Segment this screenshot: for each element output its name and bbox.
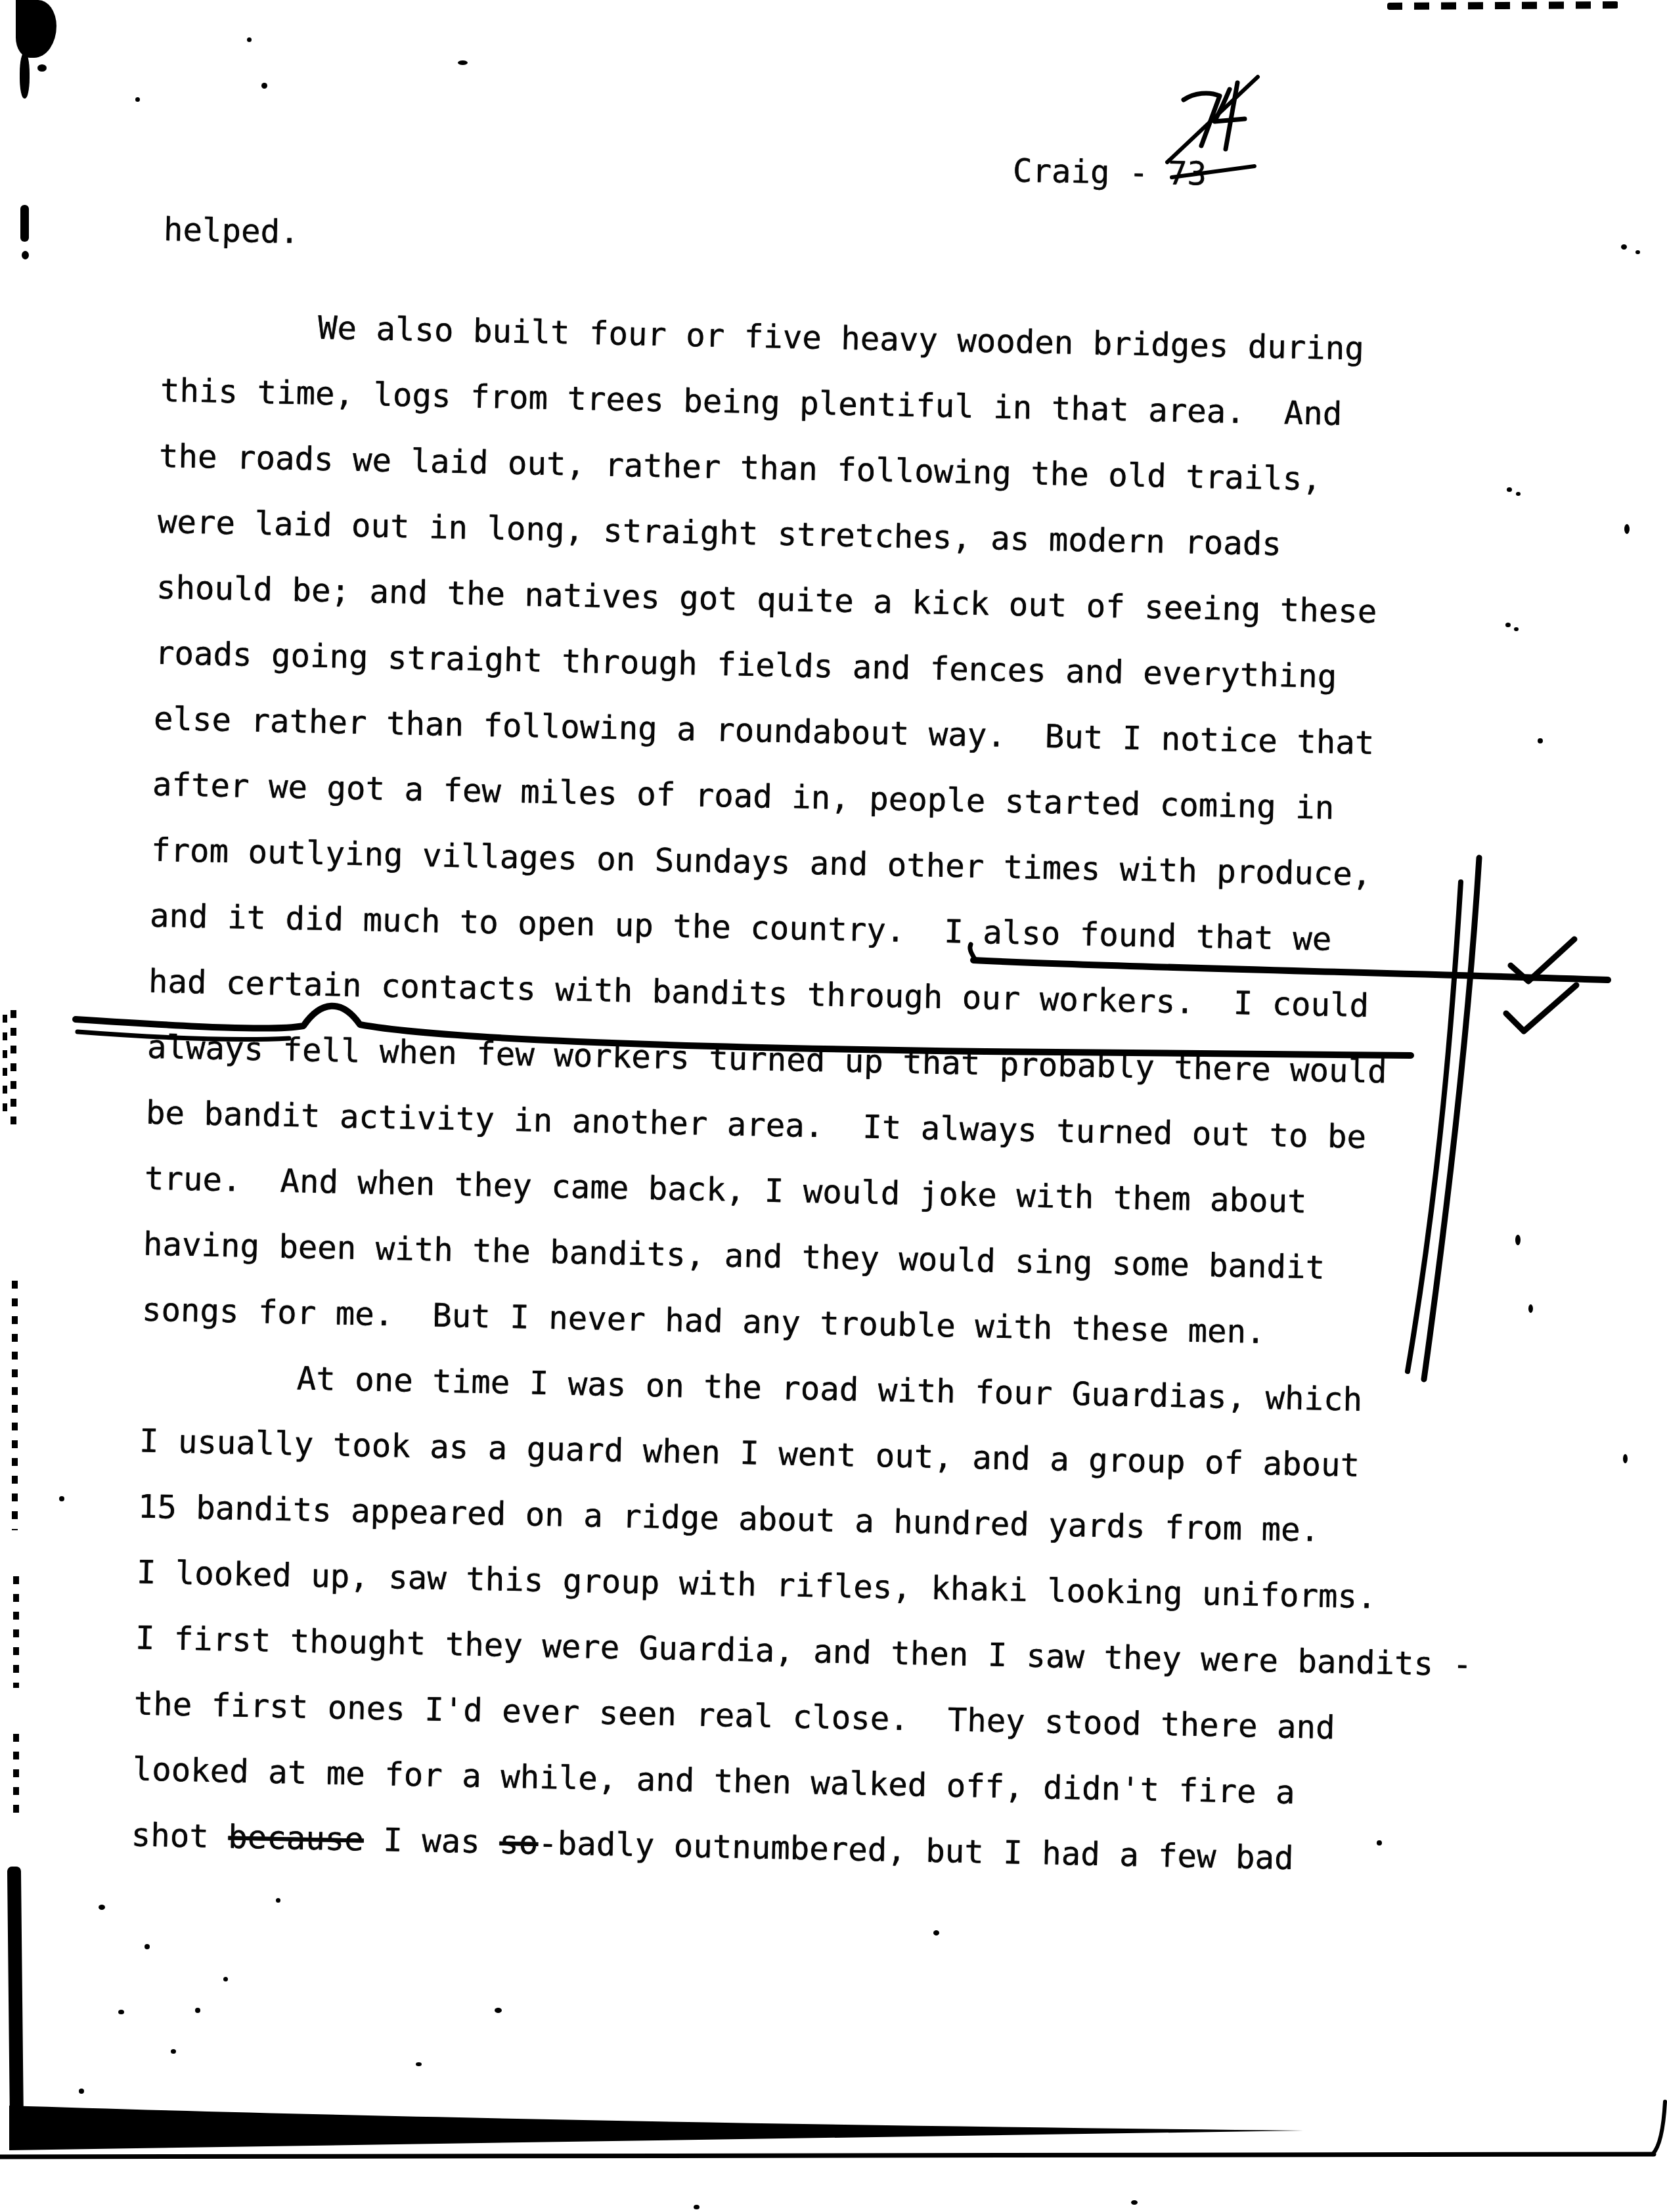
left-scan-bar — [7, 1867, 24, 2129]
toner-speck — [1515, 1235, 1521, 1245]
typed-line: helped. — [163, 197, 1576, 291]
toner-speck — [1624, 524, 1630, 534]
toner-speck — [933, 1930, 939, 1935]
toner-speck — [1635, 250, 1640, 254]
toner-speck — [416, 2062, 422, 2066]
left-edge-noise — [13, 1734, 19, 1816]
bottom-scan-line-upturn — [1653, 2102, 1665, 2154]
toner-speck — [144, 1944, 150, 1949]
handwritten-page-number — [1167, 77, 1258, 162]
scan-blob-top-left — [16, 0, 56, 58]
toner-speck — [1514, 627, 1519, 631]
left-edge-noise — [3, 1015, 7, 1113]
toner-speck — [1621, 244, 1627, 250]
toner-speck — [1507, 487, 1512, 492]
bottom-scan-shadow-wedge — [9, 2106, 1304, 2150]
toner-speck — [135, 97, 140, 102]
top-right-dashed-scan-line — [1387, 1, 1618, 10]
header-author-label: Craig - — [1013, 152, 1168, 192]
toner-speck — [171, 2049, 176, 2054]
left-edge-noise — [12, 1281, 18, 1530]
scanned-page: Craig - 73 helped.We also built four or … — [0, 0, 1667, 2212]
scan-blob-dot — [37, 64, 47, 72]
toner-speck — [458, 60, 468, 65]
toner-speck — [1516, 492, 1521, 496]
toner-speck — [276, 1898, 280, 1903]
toner-speck — [1377, 1840, 1382, 1846]
page-number-slash — [1167, 77, 1258, 162]
toner-speck — [1538, 738, 1543, 743]
toner-speck — [694, 2205, 700, 2209]
left-margin-mark — [20, 205, 29, 242]
toner-speck — [195, 2008, 200, 2013]
toner-speck — [79, 2089, 84, 2094]
left-margin-mark-dot — [22, 251, 29, 259]
page-header: Craig - 73 — [1012, 150, 1207, 194]
toner-speck — [495, 2008, 502, 2013]
toner-speck — [223, 1977, 228, 1981]
scan-blob-drip — [20, 53, 30, 99]
bottom-scan-line — [0, 2154, 1654, 2157]
toner-speck — [59, 1496, 64, 1501]
toner-speck — [99, 1905, 105, 1910]
toner-speck — [118, 2010, 124, 2014]
left-edge-noise — [13, 1576, 19, 1688]
toner-speck — [261, 83, 267, 89]
toner-speck — [247, 37, 252, 42]
header-old-page-number: 73 — [1168, 155, 1207, 193]
toner-speck — [1505, 623, 1511, 627]
typed-lines: helped.We also built four or five heavy … — [131, 197, 1576, 1897]
left-edge-noise — [11, 1010, 16, 1128]
toner-speck — [1623, 1454, 1628, 1463]
typed-text-block: helped.We also built four or five heavy … — [131, 197, 1576, 1897]
toner-speck — [1131, 2200, 1138, 2205]
toner-speck — [1528, 1304, 1533, 1313]
